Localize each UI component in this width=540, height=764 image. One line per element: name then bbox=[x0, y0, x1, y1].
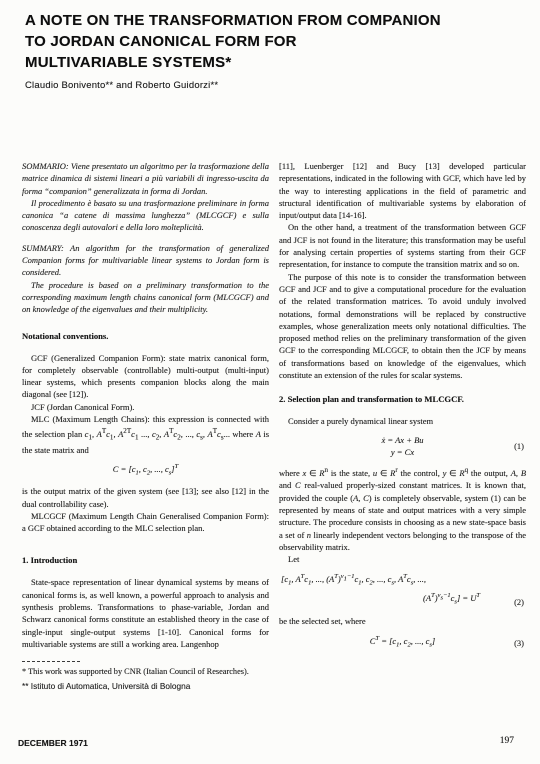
title-line-1: A NOTE ON THE TRANSFORMATION FROM COMPAN… bbox=[25, 10, 495, 31]
paragraph-mlc-definition: MLC (Maximum Length Chains): this expres… bbox=[22, 413, 269, 456]
paragraph-where-definitions: where x ∈ Rn is the state, u ∈ Rr the co… bbox=[279, 464, 526, 553]
paragraph-mlcgcf-definition: MLCGCF (Maximum Length Chain Generalised… bbox=[22, 510, 269, 535]
heading-notational-conventions: Notational conventions. bbox=[22, 330, 269, 342]
equation-3-number: (3) bbox=[514, 637, 524, 649]
paragraph-jcf-definition: JCF (Jordan Canonical Form). bbox=[22, 401, 269, 413]
equation-3: CT = [c1, c2, ..., cs] (3) bbox=[279, 633, 526, 652]
footer-page-number: 197 bbox=[500, 736, 514, 746]
paragraph-consider-system: Consider a purely dynamical linear syste… bbox=[279, 415, 526, 427]
heading-introduction: 1. Introduction bbox=[22, 554, 269, 566]
footnote-affiliation: ** Istituto di Automatica, Università di… bbox=[22, 681, 269, 693]
paragraph-purpose: The purpose of this note is to consider … bbox=[279, 271, 526, 382]
heading-selection-plan: 2. Selection plan and transformation to … bbox=[279, 393, 526, 405]
paragraph-gcf-definition: GCF (Generalized Companion Form): state … bbox=[22, 352, 269, 401]
title-line-2: TO JORDAN CANONICAL FORM FOR bbox=[25, 31, 495, 52]
footer-issue-date: DECEMBER 1971 bbox=[18, 738, 88, 748]
equation-2-line-1: [c1, ATc1, ..., (AT)ν1−1c1, c2, ..., cs,… bbox=[279, 571, 526, 590]
summary-paragraph-2: The procedure is based on a preliminary … bbox=[22, 279, 269, 316]
footnote-divider bbox=[22, 661, 80, 662]
equation-2-number: (2) bbox=[514, 596, 524, 608]
left-column: SOMMARIO: Viene presentato un algoritmo … bbox=[22, 160, 269, 692]
equation-output-matrix-formula: C = [c1, c2, ..., cs]T bbox=[113, 464, 178, 474]
paragraph-let: Let bbox=[279, 553, 526, 565]
sommario-paragraph-1: SOMMARIO: Viene presentato un algoritmo … bbox=[22, 160, 269, 197]
title-line-3: MULTIVARIABLE SYSTEMS* bbox=[25, 52, 495, 73]
equation-output-matrix: C = [c1, c2, ..., cs]T bbox=[22, 461, 269, 480]
footnote-support: * This work was supported by CNR (Italia… bbox=[22, 666, 269, 678]
right-column: [11], Luenberger [12] and Bucy [13] deve… bbox=[279, 160, 526, 658]
equation-2: [c1, ATc1, ..., (AT)ν1−1c1, c2, ..., cs,… bbox=[279, 571, 526, 609]
equation-1-number: (1) bbox=[514, 440, 524, 452]
equation-1: ẋ = Ax + Bu y = Cx (1) bbox=[279, 434, 526, 459]
two-column-body: SOMMARIO: Viene presentato un algoritmo … bbox=[22, 160, 526, 692]
equation-1-line-1: ẋ = Ax + Bu bbox=[279, 434, 526, 446]
equation-1-line-2: y = Cx bbox=[279, 446, 526, 458]
equation-3-formula: CT = [c1, c2, ..., cs] bbox=[279, 633, 526, 652]
paragraph-selected-set: be the selected set, where bbox=[279, 615, 526, 627]
paragraph-output-matrix: is the output matrix of the given system… bbox=[22, 485, 269, 510]
equation-2-line-2: (AT)νs−1cs] = UT bbox=[279, 590, 526, 609]
authors-line: Claudio Bonivento** and Roberto Guidorzi… bbox=[25, 80, 218, 91]
paper-page: A NOTE ON THE TRANSFORMATION FROM COMPAN… bbox=[0, 0, 540, 764]
paper-title: A NOTE ON THE TRANSFORMATION FROM COMPAN… bbox=[25, 10, 495, 73]
summary-paragraph-1: SUMMARY: An algorithm for the transforma… bbox=[22, 242, 269, 279]
paragraph-transformation-motivation: On the other hand, a treatment of the tr… bbox=[279, 221, 526, 270]
sommario-paragraph-2: Il procedimento è basato su una trasform… bbox=[22, 197, 269, 234]
paragraph-introduction: State-space representation of linear dyn… bbox=[22, 576, 269, 650]
paragraph-gcf-literature: [11], Luenberger [12] and Bucy [13] deve… bbox=[279, 160, 526, 221]
